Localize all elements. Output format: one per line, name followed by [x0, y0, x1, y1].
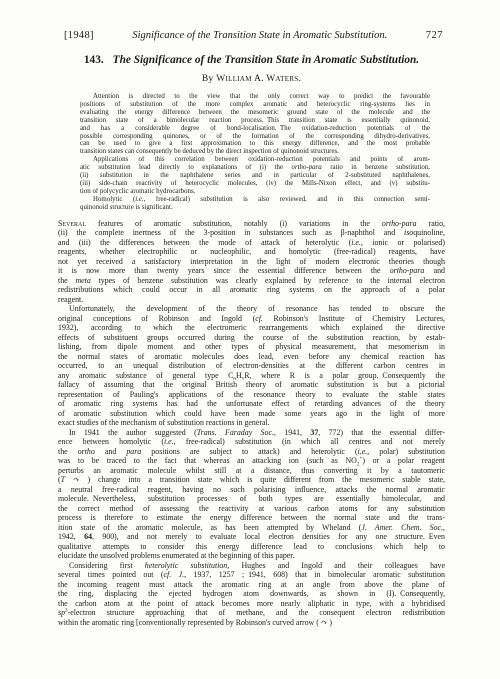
header-page-number: 727 [426, 30, 443, 41]
paragraph: Unfortunately, the development of the th… [58, 304, 445, 428]
text-line: effects of substituent groups occurred d… [58, 333, 445, 343]
text-line: the correct method of assessing the reac… [58, 504, 445, 514]
paragraph: Applications of this correlation between… [80, 156, 430, 196]
article-heading: 143.The Significance of the Transition S… [58, 54, 445, 66]
text-line: exact studies of the mechanism of substi… [58, 418, 445, 428]
text-line: the ortho and para positions are subject… [58, 447, 445, 457]
text-line: within the aromatic ring [conventionally… [58, 618, 445, 628]
abstract-section: Attention is directed to the view that t… [80, 93, 430, 212]
text-line: Considering first heterolytic substituti… [58, 561, 445, 571]
text-line: the incoming reagent must attack the aro… [58, 580, 445, 590]
header-running-title: Significance of the Transition State in … [132, 30, 387, 41]
text-line: Unfortunately, the development of the th… [58, 304, 445, 314]
text-line: process is therefore to estimate the ene… [58, 513, 445, 523]
text-line: reagents, whether electrophilic or nucle… [58, 247, 445, 257]
text-line: the ring, displacing the ejected hydroge… [58, 589, 445, 599]
body-section: Several features of aromatic substitutio… [58, 219, 445, 628]
text-line: it is now more than twenty years since t… [58, 266, 445, 276]
text-line: evaluating the energy difference between… [80, 109, 430, 117]
text-line: tion of polycyclic aromatic hydrocarbons… [80, 188, 430, 196]
text-line: Applications of this correlation between… [80, 156, 430, 164]
text-line: and (iii) the differences between the mo… [58, 238, 445, 248]
text-line: perturbs an aromatic molecule whilst sti… [58, 466, 445, 476]
text-line: (iii) side-chain reactivity of heterocyc… [80, 180, 430, 188]
text-line: qualitative attempts to consider this en… [58, 542, 445, 552]
text-line: transition state of a bimolecular reacti… [80, 117, 430, 125]
paragraph: Considering first heterolytic substituti… [58, 561, 445, 628]
article-number: 143. [84, 54, 104, 66]
text-line: Several features of aromatic substitutio… [58, 219, 445, 229]
text-line: atic substitution lead directly to expla… [80, 164, 430, 172]
byline-prefix: By [202, 74, 214, 84]
text-line: (T ↷ ) change into a transition state wh… [58, 475, 445, 485]
text-line: was to be traced to the fact that wherea… [58, 456, 445, 466]
text-line: the carbon atom at the point of attack b… [58, 599, 445, 609]
text-line: Homolytic (i.e., free-radical) substitut… [80, 196, 430, 204]
paragraph: In 1941 the author suggested (Trans. Far… [58, 428, 445, 561]
text-line: original conceptions of Robinson and Ing… [58, 314, 445, 324]
text-line: quinonoid structure is significant. [80, 204, 430, 212]
article-title: The Significance of the Transition State… [113, 54, 419, 66]
text-line: ition state of the aromatic molecule, as… [58, 523, 445, 533]
text-line: molecule. Nevertheless, substitution pro… [58, 494, 445, 504]
text-line: not yet received a satisfactory interpre… [58, 257, 445, 267]
text-line: the normal states of aromatic molecules … [58, 352, 445, 362]
text-line: of aromatic substitution which could hav… [58, 409, 445, 419]
text-line: fallacy of assuming that the original Br… [58, 380, 445, 390]
text-line: transition states can consequently be de… [80, 148, 430, 156]
text-line: elucidate the unsolved problems enumerat… [58, 551, 445, 561]
author-name: William A. Waters. [216, 74, 301, 84]
running-head: [1948] Significance of the Transition St… [58, 30, 445, 41]
text-line: representation of Pauling's applications… [58, 390, 445, 400]
byline: By William A. Waters. [58, 74, 445, 84]
text-line: Attention is directed to the view that t… [80, 93, 430, 101]
text-line: (ii) the complete inertness of the 3-pos… [58, 228, 445, 238]
paragraph: Several features of aromatic substitutio… [58, 219, 445, 305]
text-line: (ii) substitution in the naphthalene ser… [80, 172, 430, 180]
text-line: 1932), according to which the electromer… [58, 323, 445, 333]
text-line: any aromatic substance of general type C… [58, 371, 445, 381]
text-line: 1942, 64, 900), and not merely to evalua… [58, 532, 445, 542]
header-year: [1948] [64, 30, 94, 41]
text-line: of aromatic ring systems has had the unf… [58, 399, 445, 409]
text-line: occurred, to an unequal distribution of … [58, 361, 445, 371]
text-line: several times pointed out (cf. J., 1937,… [58, 570, 445, 580]
text-line: the meta types of benzene substitution w… [58, 276, 445, 286]
text-line: lishing, from dipole moment and other ty… [58, 342, 445, 352]
text-line: redistributions which could occur in all… [58, 285, 445, 295]
paragraph: Attention is directed to the view that t… [80, 93, 430, 156]
text-line: possible corresponding quinones, or of t… [80, 133, 430, 141]
text-line: reagent. [58, 295, 445, 305]
text-line: In 1941 the author suggested (Trans. Far… [58, 428, 445, 438]
text-line: can be used to give a first approximatio… [80, 140, 430, 148]
text-line: ence between homolytic (i.e., free-radic… [58, 437, 445, 447]
page-content: [1948] Significance of the Transition St… [58, 30, 445, 627]
text-line: and has a considerable degree of bond-lo… [80, 125, 430, 133]
text-line: a neutral free-radical reagent, having n… [58, 485, 445, 495]
paragraph: Homolytic (i.e., free-radical) substitut… [80, 196, 430, 212]
text-line: sp3-electron structure approaching that … [58, 608, 445, 618]
journal-page: [1948] Significance of the Transition St… [0, 0, 500, 679]
text-line: positions of substitution of the more co… [80, 101, 430, 109]
